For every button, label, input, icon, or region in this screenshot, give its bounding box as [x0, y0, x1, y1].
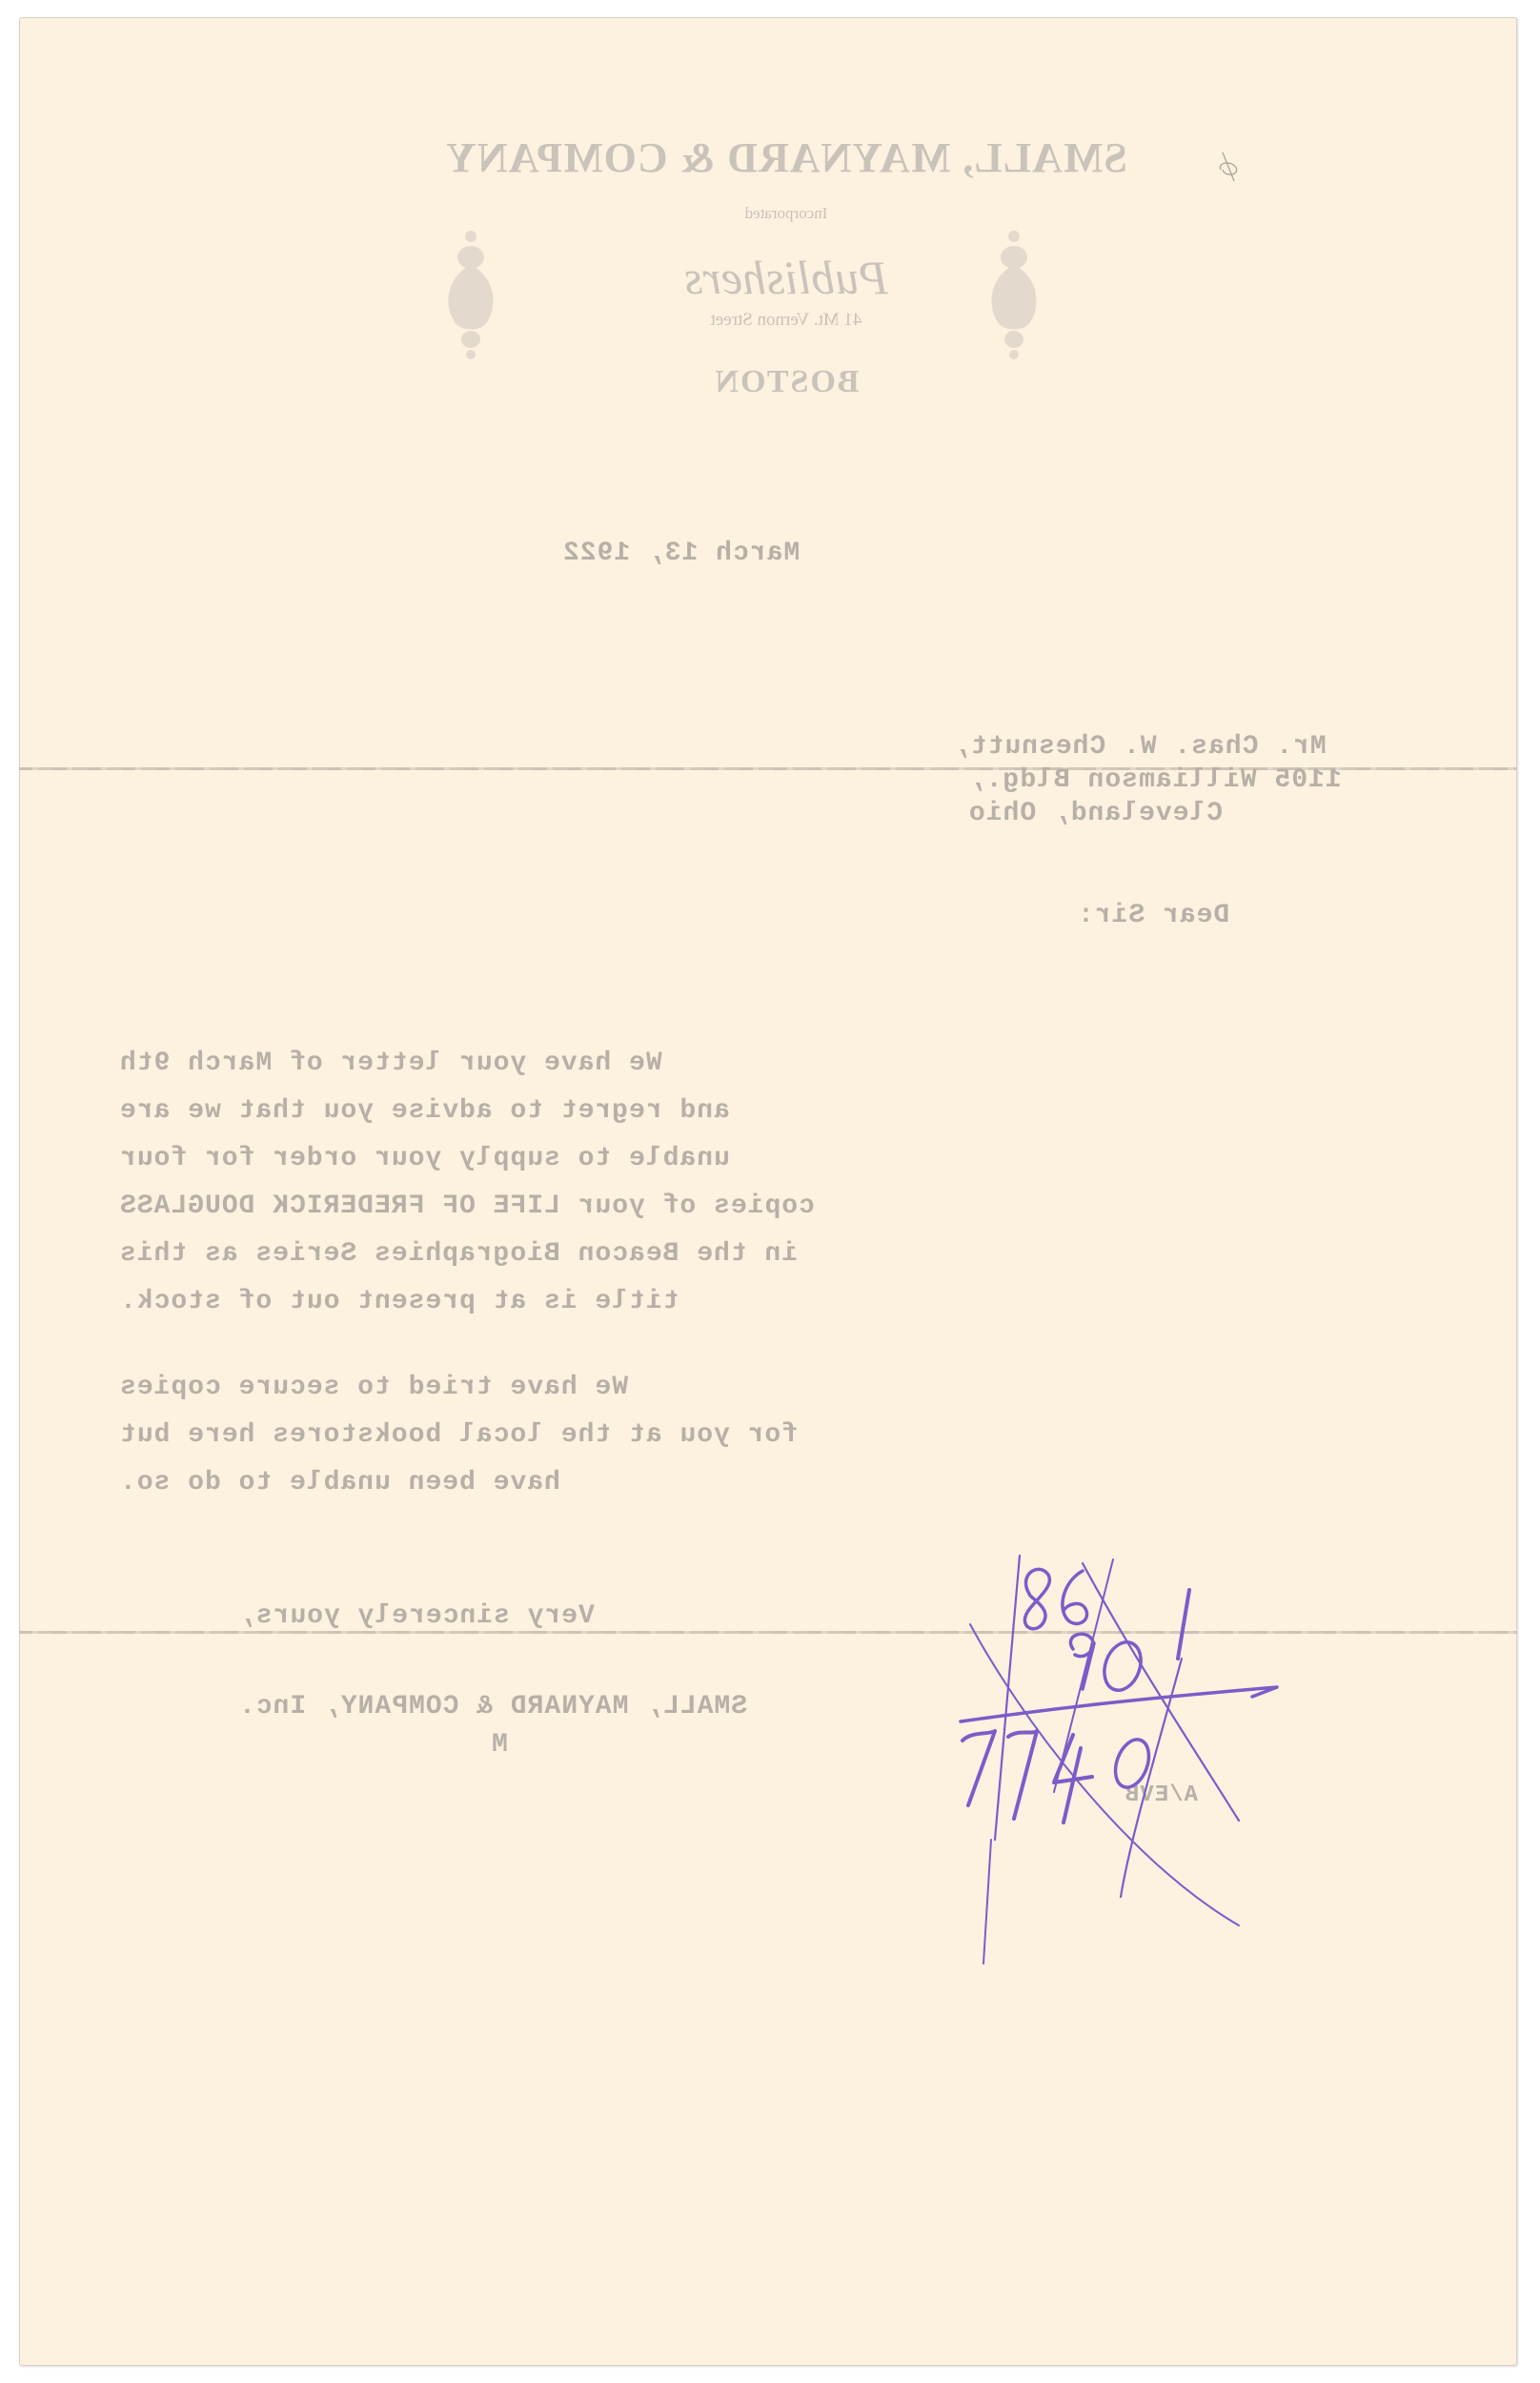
signer-initial: M — [491, 1730, 508, 1760]
valediction: Very sincerely yours, — [238, 1601, 595, 1631]
salutation: Dear Sir: — [1077, 901, 1229, 930]
body-line: title is at present out of stock. — [119, 1287, 679, 1316]
body-line: and regret to advise you that we are — [119, 1096, 730, 1126]
body-line: for you at the local bookstores here but — [119, 1420, 798, 1450]
crest-ornament-icon — [984, 227, 1044, 360]
body-line: unable to supply your order for four — [119, 1144, 730, 1173]
recipient-street: 1105 Williamson Bldg., — [968, 765, 1342, 795]
recipient-city: Cleveland, Ohio — [968, 799, 1223, 828]
letterhead-company: SMALL, MAYNARD & COMPANY — [295, 133, 1277, 182]
letterhead-city: BOSTON — [295, 364, 1277, 400]
body-line: We have tried to secure copies — [119, 1373, 713, 1402]
signature-company: SMALL, MAYNARD & COMPANY, Inc. — [238, 1692, 747, 1721]
body-line: We have your letter of March 9th — [119, 1049, 747, 1078]
handwritten-notes — [896, 1554, 1391, 1973]
body-line: have been unable to do so. — [119, 1468, 560, 1497]
recipient-name: Mr. Chas. W. Chesnutt, — [953, 732, 1327, 762]
body-line: in the Beacon Biographies Series as this — [119, 1239, 798, 1269]
letterhead-incorporated: Incorporated — [295, 204, 1277, 223]
body-line: copies of your LIFE OF FREDERICK DOUGLAS… — [119, 1191, 815, 1221]
letter-date: March 13, 1922 — [562, 539, 800, 568]
crest-ornament-icon — [441, 227, 500, 360]
